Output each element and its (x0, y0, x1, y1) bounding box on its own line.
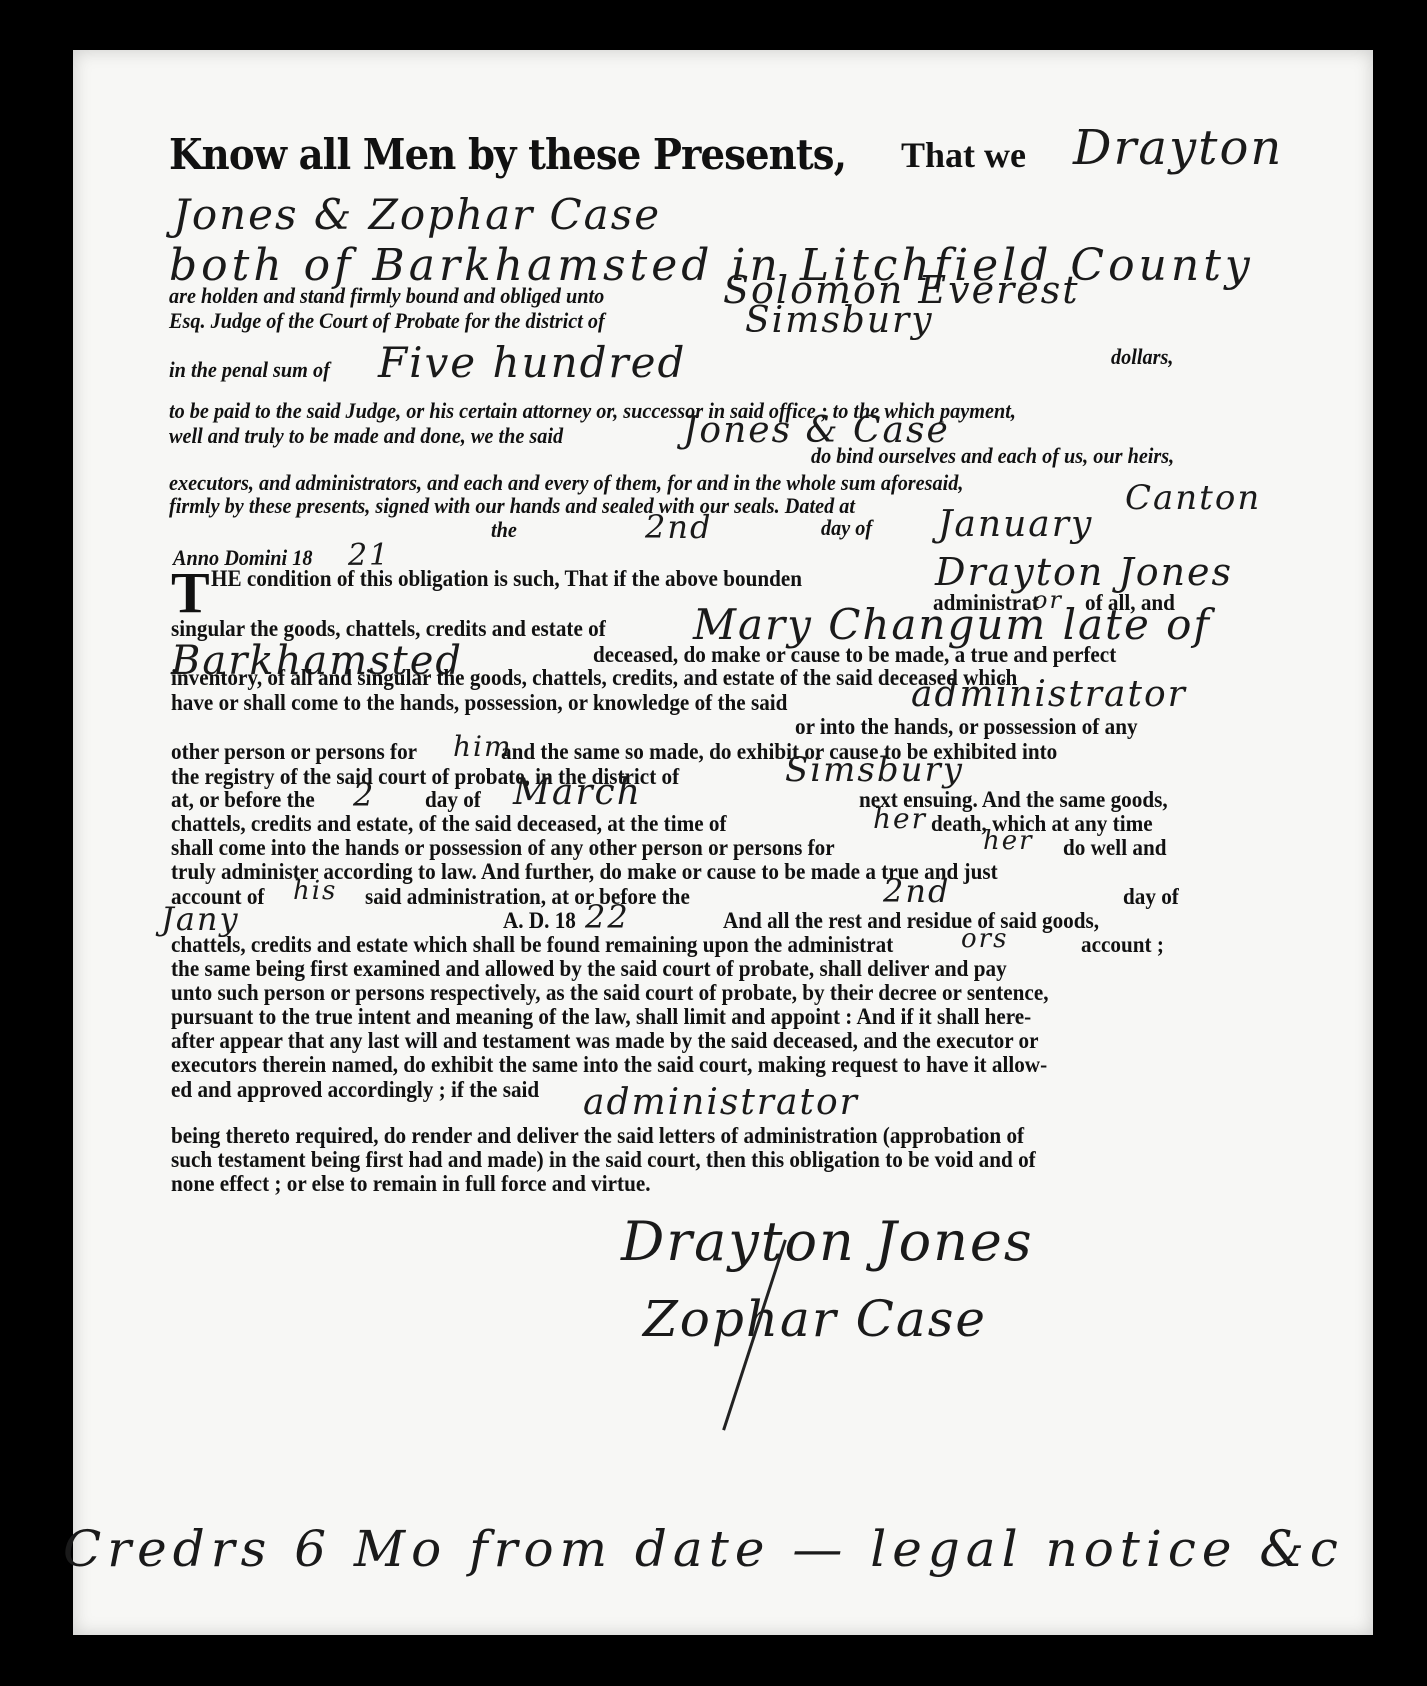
heading-tail: That we (901, 134, 1026, 176)
document-heading: Know all Men by these Presents, (169, 130, 846, 179)
condition-line: and the same so made, do exhibit or caus… (501, 739, 1057, 765)
condition-line: at, or before the (171, 787, 315, 813)
handwritten-obligors-2: Jones & Zophar Case (173, 190, 661, 239)
condition-line: HE condition of this obligation is such,… (211, 566, 802, 592)
printed-line: well and truly to be made and done, we t… (169, 423, 563, 449)
condition-line: And all the rest and residue of said goo… (723, 908, 1099, 934)
signature-drayton-jones: Drayton Jones (621, 1210, 1034, 1273)
handwritten-inventory-month: March (513, 772, 642, 813)
printed-line: in the penal sum of (169, 357, 330, 383)
condition-line: do well and (1063, 835, 1166, 861)
handwritten-account-day: 2nd (883, 872, 950, 910)
condition-line: shall come into the hands or possession … (171, 835, 835, 861)
condition-line: have or shall come to the hands, possess… (171, 690, 787, 716)
printed-line: are holden and stand firmly bound and ob… (169, 283, 604, 309)
handwritten-penal-sum: Five hundred (378, 338, 686, 387)
printed-the: the (491, 517, 517, 543)
printed-line: do bind ourselves and each of us, our he… (811, 443, 1174, 469)
condition-line: day of (425, 787, 481, 813)
handwritten-said-role: administrator (911, 674, 1187, 715)
printed-line: firmly by these presents, signed with ou… (169, 493, 855, 519)
handwritten-district: Simsbury (745, 300, 934, 341)
condition-line: A. D. 18 (503, 908, 576, 934)
handwritten-if-said-role: administrator (583, 1082, 859, 1123)
condition-line: none effect ; or else to remain in full … (171, 1171, 651, 1197)
bond-document-page: Know all Men by these Presents, That we … (73, 50, 1373, 1635)
handwritten-registry-district: Simsbury (785, 750, 964, 790)
condition-line: executors therein named, do exhibit the … (171, 1052, 1047, 1078)
handwritten-pronoun: her (983, 826, 1034, 856)
handwritten-suffix: ors (961, 924, 1008, 954)
condition-line: death, which at any time (931, 811, 1153, 837)
handwritten-obligor-1: Drayton (1073, 120, 1283, 176)
handwritten-account-year: 22 (585, 898, 630, 936)
handwritten-day: 2nd (645, 508, 712, 546)
handwritten-inventory-day: 2 (353, 776, 375, 814)
handwritten-month: January (938, 504, 1093, 545)
condition-line: being thereto required, do render and de… (171, 1123, 1024, 1149)
condition-line: said administration, at or before the (365, 884, 690, 910)
condition-line: ed and approved accordingly ; if the sai… (171, 1077, 539, 1103)
handwritten-administrator-name: Drayton Jones (935, 550, 1233, 594)
handwritten-dated-at: Canton (1125, 478, 1261, 518)
handwritten-pronoun: her (873, 802, 927, 835)
drop-cap: T (171, 564, 210, 622)
printed-line: Esq. Judge of the Court of Probate for t… (169, 308, 605, 334)
condition-line: such testament being first had and made)… (171, 1147, 1036, 1173)
condition-line: chattels, credits and estate which shall… (171, 932, 893, 958)
handwritten-pronoun: his (293, 876, 337, 906)
printed-day-of: day of (821, 515, 872, 541)
handwritten-footer-note: Credrs 6 Mo from date — legal notice &c (63, 1520, 1344, 1578)
condition-line: chattels, credits and estate, of the sai… (171, 811, 727, 837)
condition-line: day of (1123, 884, 1179, 910)
printed-dollars: dollars, (1111, 344, 1173, 370)
condition-line: account ; (1081, 932, 1164, 958)
condition-line: or into the hands, or possession of any (795, 714, 1138, 740)
condition-line: inventory, of all and singular the goods… (171, 665, 1017, 691)
signature-zophar-case: Zophar Case (643, 1290, 987, 1348)
condition-line: pursuant to the true intent and meaning … (171, 1004, 1031, 1030)
condition-line: the same being first examined and allowe… (171, 956, 1007, 982)
condition-line: unto such person or persons respectively… (171, 980, 1049, 1006)
condition-line: other person or persons for (171, 739, 417, 765)
condition-line: after appear that any last will and test… (171, 1028, 1039, 1054)
